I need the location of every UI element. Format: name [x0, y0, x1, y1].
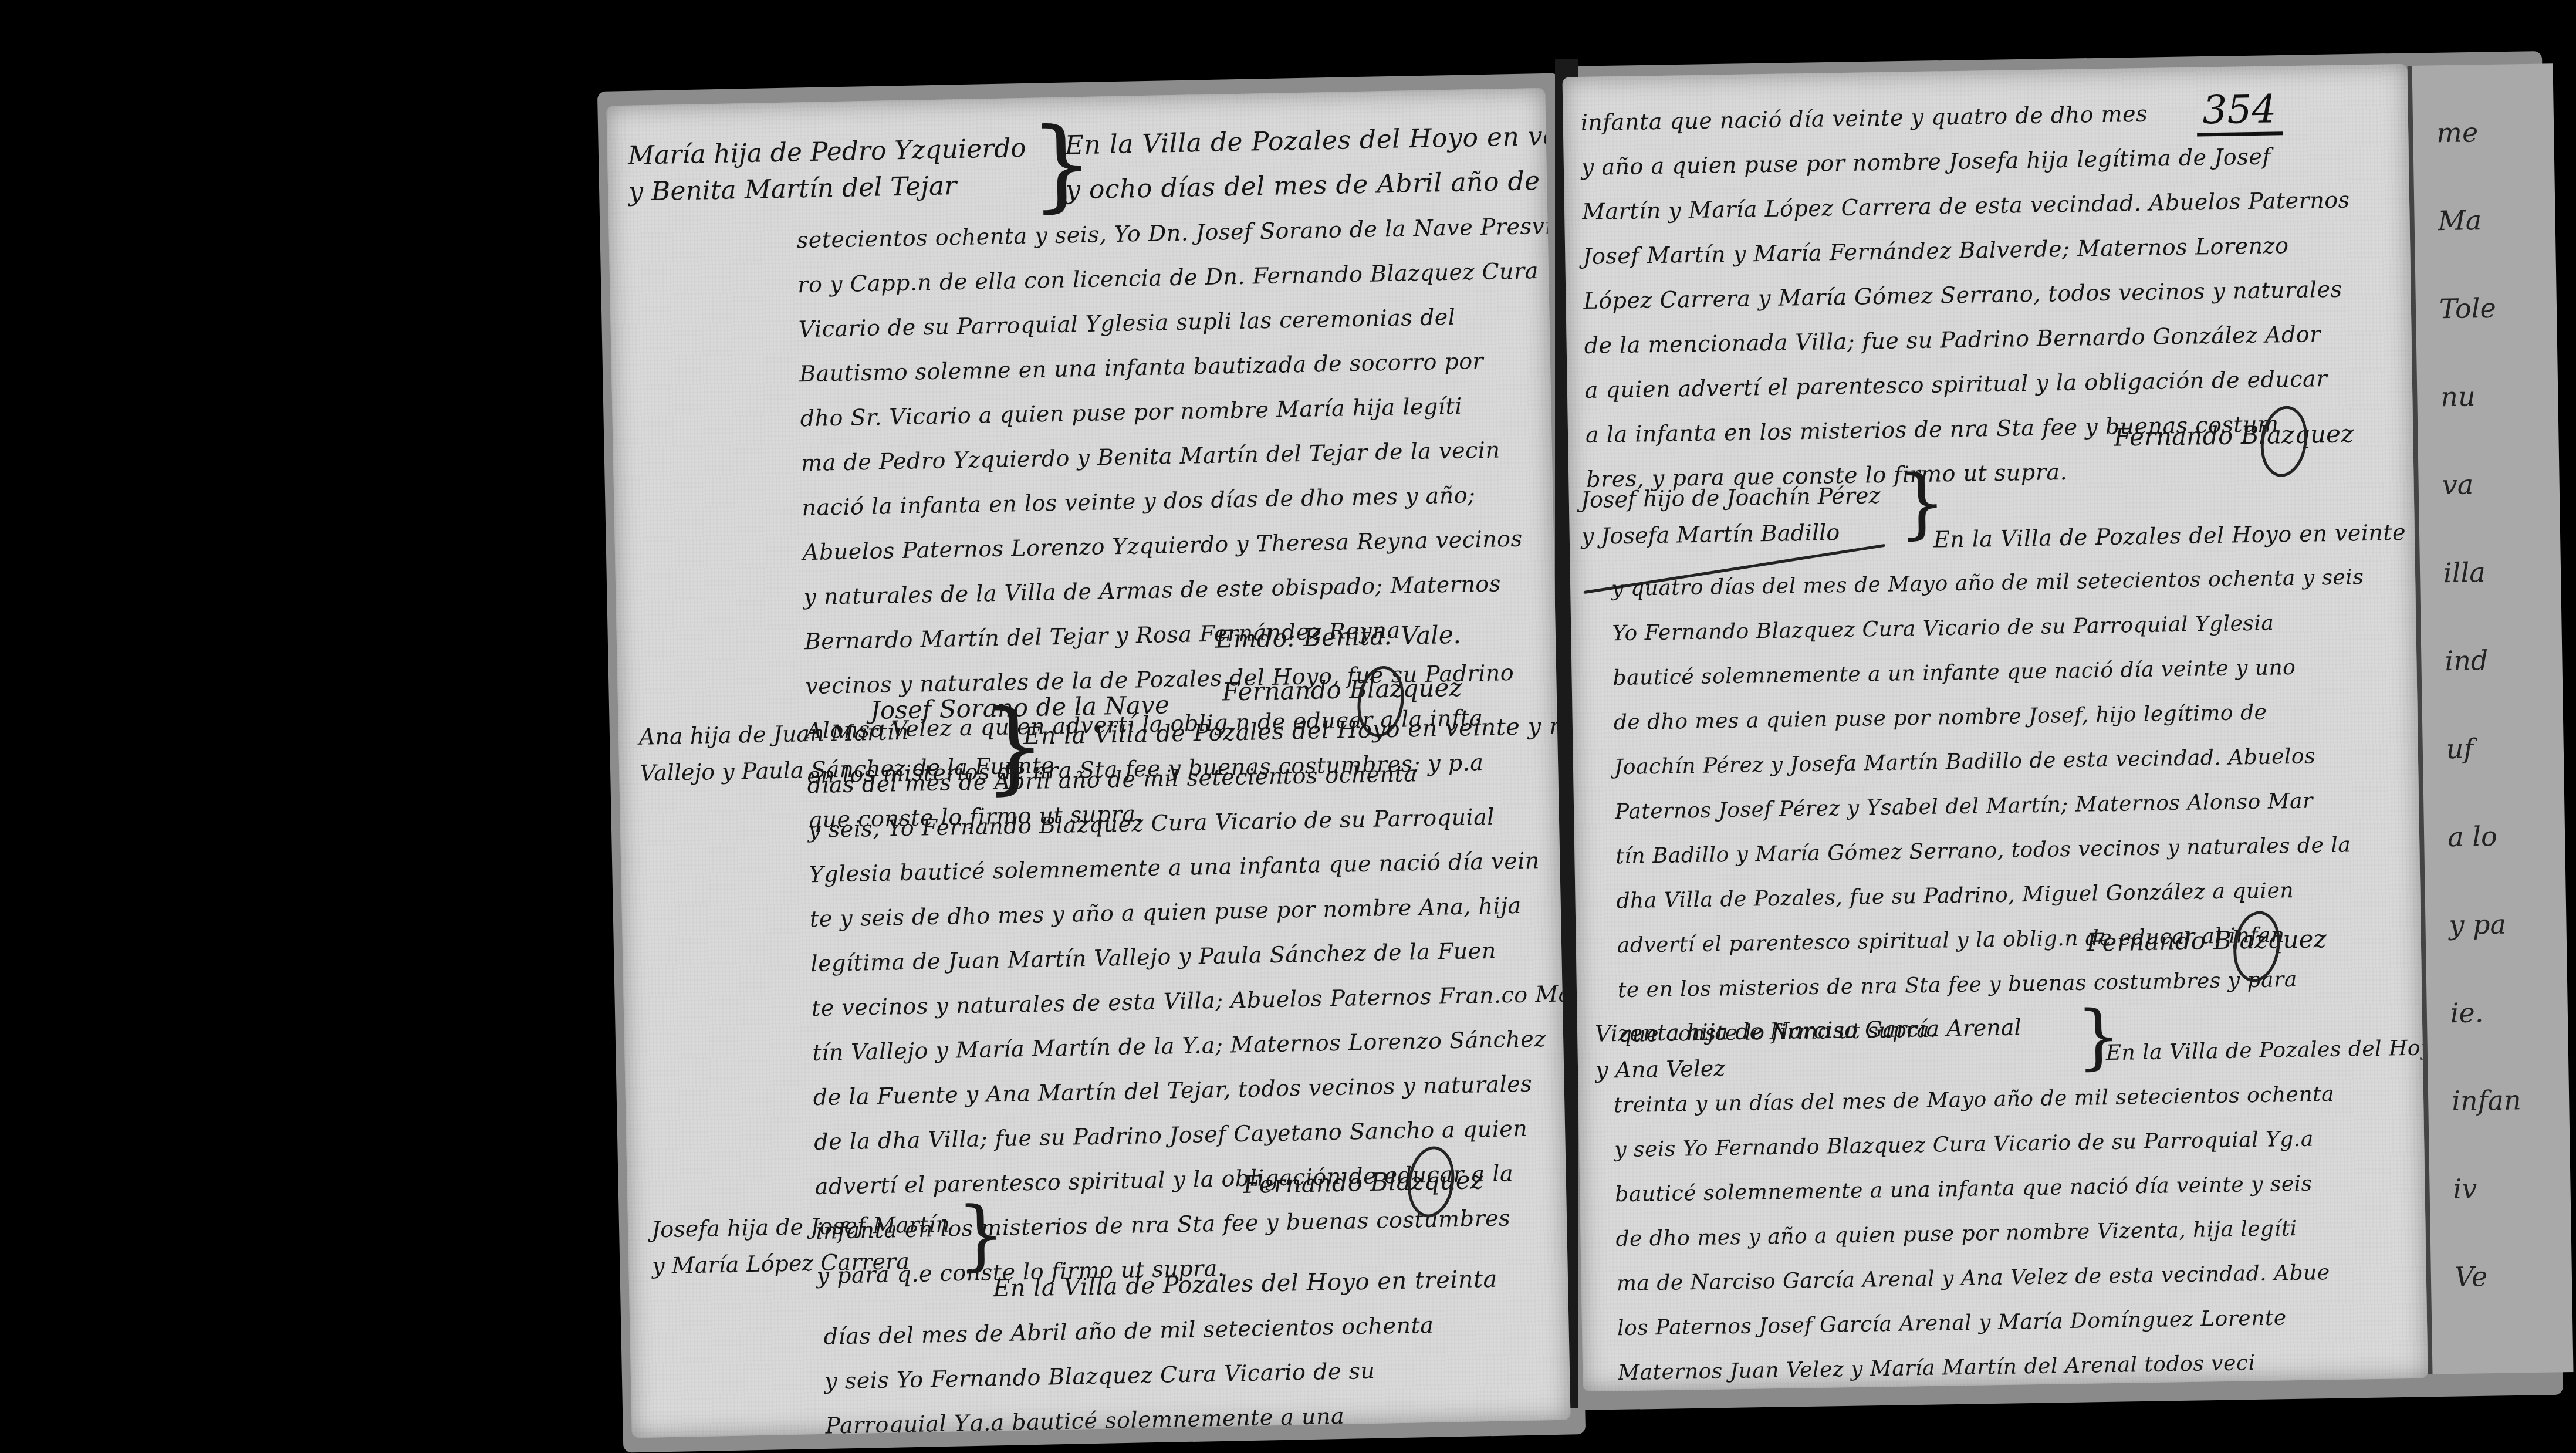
- entry-text-continued: treinta y un días del mes de Mayo año de…: [1613, 1072, 2340, 1391]
- entry-margin-title: María hija de Pedro Yzquierdo y Benita M…: [627, 130, 1027, 211]
- entry-margin-title: Josef hijo de Joachín Pérez y Josefa Mar…: [1580, 477, 1881, 555]
- left-page: María hija de Pedro Yzquierdo y Benita M…: [606, 88, 1570, 1438]
- margin-fragments: me Ma Tole nu va illa ind uf a lo y pa i…: [2436, 87, 2524, 1321]
- adjacent-page-edge: me Ma Tole nu va illa ind uf a lo y pa i…: [2408, 63, 2574, 1374]
- marginal-note: Emdo: Benita: Vale.: [1215, 618, 1461, 657]
- entry-text-continued: y quatro días del mes de Mayo año de mil…: [1611, 555, 2371, 1057]
- entry-text-continued: días del mes de Abril año de mil setecie…: [823, 1303, 1436, 1438]
- entry-margin-title: Vizenta hija de Narciso García Arenal y …: [1595, 1009, 2022, 1088]
- right-page: 354 infanta que nació día veinte y quatr…: [1562, 64, 2428, 1391]
- document-scan: me Ma Tole nu va illa ind uf a lo y pa i…: [0, 0, 2576, 1453]
- entry-margin-title: Josefa hija de Josef Martín y María Lópe…: [651, 1206, 951, 1285]
- entry-text: En la Villa de Pozales del Hoyo en veint…: [1064, 113, 1571, 213]
- signature: Fernando Blazquez: [2114, 417, 2354, 454]
- entry-text: En la Villa de Pozales del Hoyo en: [2105, 1025, 2428, 1076]
- signature: Fernando Blazquez: [2086, 922, 2327, 959]
- signature: Fernando Blazquez: [1222, 671, 1462, 709]
- brace-icon: }: [956, 1196, 1006, 1273]
- entry-text: En la Villa de Pozales del Hoyo en veint…: [1933, 510, 2406, 562]
